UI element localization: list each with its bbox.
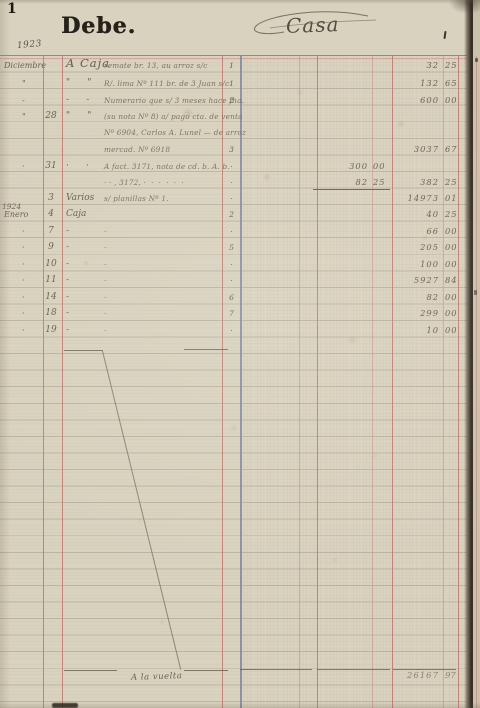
ledger-row: ·7-··6600 [0, 224, 480, 240]
account-cell: - [66, 290, 106, 305]
ledger-row: · · , 3172, · · · · · ··822538225 [0, 175, 480, 191]
account-cell: - - [66, 93, 106, 108]
detail-cell: Numerario que s/ 3 meses hace fha. [104, 93, 230, 108]
day-cell: 4 [41, 207, 61, 222]
ledger-page: 1 Debe. Casa 1923 DiciembreA Cajaremate … [0, 0, 480, 708]
amount-pesos: 132 [386, 76, 439, 91]
amount-cents: 84 [445, 273, 459, 288]
ledger-row: DiciembreA Cajaremate br. 13, au arroz s… [0, 58, 480, 74]
account-cell: · · [66, 159, 106, 174]
bottom-edge-smudge [52, 703, 78, 708]
month-cell: Enero [4, 207, 46, 222]
day-cell: 7 [41, 224, 61, 239]
ledger-row: ·14-·68200 [0, 290, 480, 306]
amount-cents: 00 [445, 323, 459, 338]
day-cell: 14 [41, 290, 61, 305]
folio-cell: · [222, 273, 241, 288]
amount-pesos: 40 [386, 207, 439, 222]
bottom-rule-5 [393, 669, 456, 670]
amount-pesos: 5927 [386, 273, 439, 288]
detail-cell: s/ planillas Nº 1. [104, 191, 230, 206]
amount-cents: 00 [445, 224, 459, 239]
detail-cell: · [104, 257, 230, 272]
ledger-row: ·19-··1000 [0, 323, 480, 339]
folio-cell: · [222, 175, 241, 190]
ledger-row: ·9-·520500 [0, 240, 480, 256]
account-cell: Varios [66, 191, 106, 206]
ledger-row: mercad. Nº 69183303767 [0, 142, 480, 158]
amount-pesos: 382 [386, 175, 439, 190]
account-cell: " " [66, 109, 106, 124]
amount-cents: 01 [445, 191, 459, 206]
account-cell: " " [66, 76, 106, 91]
account-cell: - [66, 240, 106, 255]
folio-cell: 6 [222, 290, 241, 305]
detail-cell: remate br. 13, au arroz s/c [104, 58, 230, 73]
amount-pesos: 3037 [386, 142, 439, 157]
folio-cell: 2 [222, 93, 241, 108]
ledger-row: -- -Numerario que s/ 3 meses hace fha.26… [0, 93, 480, 109]
folio-cell: · [222, 257, 241, 272]
amount-cents: 67 [445, 142, 459, 157]
day-cell: 9 [41, 240, 61, 255]
month-cell: " [22, 76, 64, 91]
ledger-row: Nº 6904, Carlos A. Lunel — de arroz [0, 125, 480, 141]
closing-rule-right [184, 349, 228, 350]
amount-pesos: 10 [386, 323, 439, 338]
bottom-rule-4 [317, 669, 390, 670]
detail-cell: (su nota Nº 8) a/ pago cta. de venta [104, 109, 230, 124]
account-heading-casa: Casa [286, 12, 340, 38]
carry-forward-label: A la vuelta [131, 671, 183, 683]
day-cell: 10 [41, 257, 61, 272]
folio-cell: · [222, 191, 241, 206]
amount-pesos: 82 [386, 290, 439, 305]
amount-cents: 25 [445, 175, 459, 190]
page-number: 1 [7, 1, 17, 17]
account-cell: - [66, 273, 106, 288]
detail-cell: · · , 3172, · · · · · · [104, 175, 230, 190]
amount-cents: 25 [445, 58, 459, 73]
amount-pesos: 14973 [386, 191, 439, 206]
closing-rule-left [64, 350, 103, 351]
ledger-row: "" "R/. lima Nº 111 br. de 3 Juan s/c113… [0, 76, 480, 92]
detail-cell: · [104, 323, 230, 338]
account-cell: - [66, 323, 106, 338]
detail-cell: · [104, 240, 230, 255]
page-total-cents: 97 [445, 671, 456, 681]
folio-cell: 1 [222, 76, 241, 91]
partial-sum-underline [313, 189, 390, 190]
ledger-row: 1924Enero4Caja24025 [0, 207, 480, 223]
account-cell: Caja [66, 207, 106, 222]
edge-mark-2 [474, 290, 477, 295]
day-cell: 19 [41, 323, 61, 338]
folio-cell: 5 [222, 240, 241, 255]
day-cell: 18 [41, 306, 61, 321]
amount-cents: 00 [445, 240, 459, 255]
amount-cents: 00 [445, 257, 459, 272]
detail-cell: A fact. 3171, nota de cd. b. A. b. [104, 159, 230, 174]
day-cell: 31 [41, 159, 61, 174]
day-cell: 11 [41, 273, 61, 288]
ledger-row: 3Varioss/ planillas Nº 1.·1497301 [0, 191, 480, 207]
account-cell: - [66, 257, 106, 272]
mid-amount-pesos: 82 [315, 175, 368, 190]
bottom-rule-3 [240, 669, 312, 670]
ledger-row: "28" "(su nota Nº 8) a/ pago cta. de ven… [0, 109, 480, 125]
bottom-rule-2 [184, 670, 228, 671]
amount-pesos: 600 [386, 93, 439, 108]
account-cell: - [66, 306, 106, 321]
day-cell: 3 [41, 191, 61, 206]
month-cell: Diciembre [4, 58, 46, 73]
amount-cents: 00 [445, 290, 459, 305]
edge-mark [475, 58, 478, 62]
folio-cell: 3 [222, 142, 241, 157]
amount-cents: 65 [445, 76, 459, 91]
folio-cell: · [222, 224, 241, 239]
next-page-edge-rule [476, 56, 477, 708]
detail-cell: R/. lima Nº 111 br. de 3 Juan s/c [104, 76, 230, 91]
folio-cell: 1 [222, 58, 241, 73]
detail-cell: Nº 6904, Carlos A. Lunel — de arroz [104, 125, 230, 140]
account-cell: A Caja [66, 56, 106, 71]
folio-cell: · [222, 323, 241, 338]
detail-cell: · [104, 273, 230, 288]
amount-pesos: 299 [386, 306, 439, 321]
amount-cents: 00 [445, 306, 459, 321]
detail-cell: · [104, 306, 230, 321]
amount-pesos: 66 [386, 224, 439, 239]
ledger-row: ·31· ·A fact. 3171, nota de cd. b. A. b.… [0, 159, 480, 175]
ledger-row: ·18-·729900 [0, 306, 480, 322]
amount-pesos: 100 [386, 257, 439, 272]
detail-cell: · [104, 224, 230, 239]
page-total-pesos: 26167 [386, 671, 439, 681]
month-cell: - [22, 93, 64, 108]
ledger-row: ·11-··592784 [0, 273, 480, 289]
page-title-debe: Debe. [61, 13, 136, 39]
page-edge-shadow [464, 0, 473, 708]
mid-amount-pesos: 300 [315, 159, 368, 174]
folio-cell: 7 [222, 306, 241, 321]
amount-pesos: 205 [386, 240, 439, 255]
folio-cell: 2 [222, 207, 241, 222]
bottom-rule-1 [64, 670, 117, 671]
detail-cell: mercad. Nº 6918 [104, 142, 230, 157]
detail-cell: · [104, 290, 230, 305]
amount-cents: 00 [445, 93, 459, 108]
folio-cell: · [222, 159, 241, 174]
amount-cents: 25 [445, 207, 459, 222]
mid-amount-cents: 00 [373, 159, 391, 174]
day-cell: 28 [41, 109, 61, 124]
ledger-row: ·10-··10000 [0, 257, 480, 273]
account-cell: - [66, 224, 106, 239]
amount-pesos: 32 [386, 58, 439, 73]
